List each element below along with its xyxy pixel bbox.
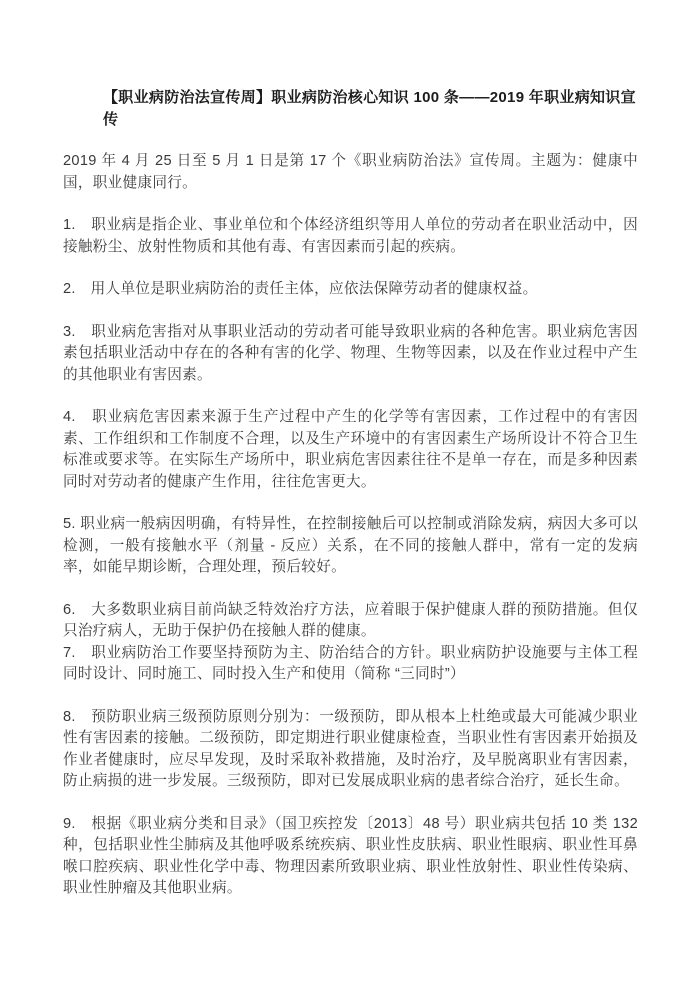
list-item-1: 1. 职业病是指企业、事业单位和个体经济组织等用人单位的劳动者在职业活动中，因接… [63,215,638,258]
document-page: 【职业病防治法宣传周】职业病防治核心知识 100 条——2019 年职业病知识宣… [0,0,700,990]
list-item-2: 2. 用人单位是职业病防治的责任主体，应依法保障劳动者的健康权益。 [63,279,638,301]
intro-paragraph: 2019 年 4 月 25 日至 5 月 1 日是第 17 个《职业病防治法》宣… [63,151,638,194]
list-item-7: 7. 职业病防治工作要坚持预防为主、防治结合的方针。职业病防护设施要与主体工程同… [63,643,638,686]
list-item-8: 8. 预防职业病三级预防原则分别为：一级预防，即从根本上杜绝或最大可能减少职业性… [63,707,638,793]
list-item-4: 4. 职业病危害因素来源于生产过程中产生的化学等有害因素，工作过程中的有害因素、… [63,407,638,493]
document-title: 【职业病防治法宣传周】职业病防治核心知识 100 条——2019 年职业病知识宣… [63,87,638,131]
list-item-3: 3. 职业病危害指对从事职业活动的劳动者可能导致职业病的各种危害。职业病危害因素… [63,322,638,387]
list-item-6: 6. 大多数职业病目前尚缺乏特效治疗方法，应着眼于保护健康人群的预防措施。但仅只… [63,600,638,643]
list-item-5: 5. 职业病一般病因明确，有特异性，在控制接触后可以控制或消除发病，病因大多可以… [63,514,638,579]
list-item-9: 9. 根据《职业病分类和目录》（国卫疾控发〔2013〕48 号）职业病共包括 1… [63,814,638,900]
